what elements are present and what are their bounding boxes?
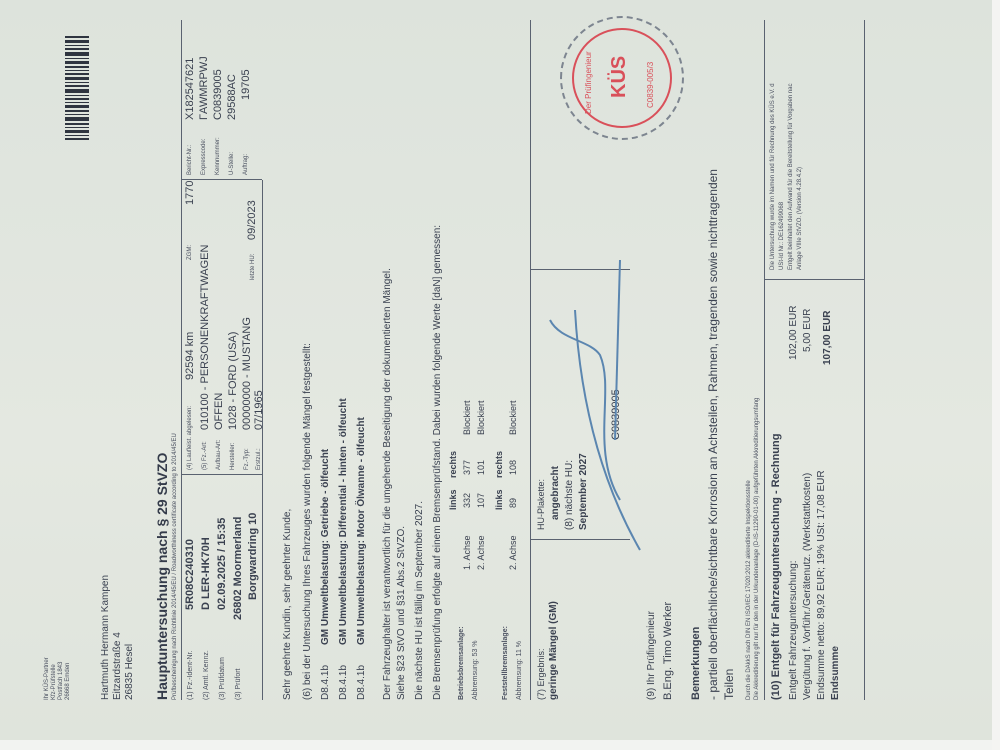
sender-line1: Ihr KÜS-Partner bbox=[44, 657, 50, 700]
stamp-text-bottom: C0839-005/3 bbox=[646, 62, 655, 108]
aufbau-value: OFFEN bbox=[213, 393, 225, 430]
pruefort-label: (3) Prüfort bbox=[235, 668, 242, 700]
service-brake-label: Betriebsbremsanlage: bbox=[458, 626, 465, 700]
auftrag-value: 19705 bbox=[240, 69, 252, 100]
result-label: (7) Ergebnis: bbox=[536, 648, 546, 700]
defect-text: GM Umweltbelastung: Differential - hinte… bbox=[338, 398, 349, 645]
zgm-value: 1770 bbox=[184, 181, 196, 205]
sender-line4: 26668 Emden bbox=[65, 663, 71, 700]
defect-text: GM Umweltbelastung: Motor Ölwanne - ölfe… bbox=[356, 417, 367, 645]
inspector-name: B.Eng. Timo Werker bbox=[662, 602, 674, 700]
signature bbox=[520, 240, 660, 560]
invoice-note1: Die Untersuchung wurde im Namen und für … bbox=[770, 83, 776, 270]
fz-ident-value: 5R08C240310 bbox=[184, 539, 196, 610]
brake-left: 332 bbox=[462, 493, 472, 508]
invoice-total-value: 107,00 EUR bbox=[822, 311, 833, 365]
brake-axle: 2. Achse bbox=[508, 535, 518, 570]
pruefort-value2: Borgwardring 10 bbox=[247, 513, 259, 600]
recipient-city: 26835 Hesel bbox=[124, 644, 135, 700]
invoice-row1-label: Entgelt Fahrzeuguntersuchung: bbox=[788, 560, 799, 700]
accreditation-2: Die Akkreditierung gilt nur für den in d… bbox=[754, 398, 760, 700]
fzart-label: (5) Fz.-Art: bbox=[202, 441, 208, 470]
kenn-value: C0839005 bbox=[212, 69, 224, 120]
col-right: rechts bbox=[448, 451, 458, 478]
invoice-note4: Anlage VIIIe StVZO. (Version 4.28.4.2) bbox=[797, 167, 803, 270]
brake-right: 377 bbox=[462, 460, 472, 475]
recipient-name: Hartmuth Hermann Kampen bbox=[100, 575, 111, 700]
sender-line2: Kfz-Prüfstelle bbox=[51, 664, 57, 700]
col-left: links bbox=[448, 489, 458, 510]
defect-code: D8.4.1b bbox=[338, 665, 349, 700]
result-value: geringe Mängel (GM) bbox=[548, 601, 559, 700]
hersteller-value: 1028 - FORD (USA) bbox=[227, 332, 239, 430]
bericht-value: X182547621 bbox=[184, 58, 196, 120]
page-title: Hauptuntersuchung nach § 29 StVZO bbox=[154, 453, 170, 700]
kus-stamp: KÜS Der Prüfingenieur C0839-005/3 bbox=[572, 28, 672, 128]
brake-left: 107 bbox=[476, 493, 486, 508]
invoice-note3: Entgelt beinhaltet den Aufwand für die B… bbox=[788, 84, 794, 270]
bericht-label: Bericht-Nr.: bbox=[187, 145, 193, 175]
kennz-label: (2) Amtl. Kennz. bbox=[203, 650, 210, 700]
divider bbox=[764, 279, 864, 280]
auftrag-label: Auftrag: bbox=[243, 154, 249, 175]
brake-left: 89 bbox=[508, 498, 518, 508]
express-label: Expresscode: bbox=[201, 139, 207, 175]
remarks-title: Bemerkungen bbox=[690, 627, 702, 700]
invoice-row2-value: 5,00 EUR bbox=[802, 309, 813, 352]
letzte-hu-value: 09/2023 bbox=[246, 200, 258, 240]
invoice-row1-value: 102,00 EUR bbox=[788, 306, 799, 360]
brake-right: 101 bbox=[476, 460, 486, 475]
erstzul-label: Erstzul.: bbox=[256, 448, 262, 470]
parking-brake-label: Feststellbremsanlage: bbox=[502, 626, 509, 700]
defect-text: GM Umweltbelastung: Getriebe - ölfeucht bbox=[320, 449, 331, 645]
invoice-row3-label: Endsumme netto: 89,92 EUR; 19% USt: 17,0… bbox=[816, 470, 827, 700]
responsibility-text: Der Fahrzeughalter ist verantwortlich fü… bbox=[382, 268, 393, 700]
background-right bbox=[992, 0, 1000, 750]
divider bbox=[262, 180, 263, 700]
invoice-total-label: Endsumme bbox=[830, 646, 841, 700]
remarks-line1: - partiell oberflächliche/sichtbare Korr… bbox=[706, 169, 720, 700]
brake-intro: Die Bremsenprüfung erfolgte auf einem Br… bbox=[432, 225, 443, 700]
fz-ident-label: (1) Fz.-Ident-Nr. bbox=[187, 651, 194, 700]
erstzul-value: 07/1965 bbox=[253, 390, 265, 430]
defect-code: D8.4.1b bbox=[356, 665, 367, 700]
kennz-value: D LER-HK70H bbox=[200, 537, 212, 610]
brake-axle: 1. Achse bbox=[462, 535, 472, 570]
express-value: ΓAWMRPWJ bbox=[198, 56, 210, 120]
stamp-text-top: Der Prüfingenieur bbox=[584, 51, 593, 114]
pruefdatum-label: (3) Prüfdatum bbox=[219, 657, 226, 700]
barcode bbox=[65, 36, 89, 140]
fztyp-label: Fz.-Typ: bbox=[244, 448, 250, 470]
brake-right: 108 bbox=[508, 460, 518, 475]
divider bbox=[181, 20, 182, 700]
parking-brake-decel: Abbremsung: 11 % bbox=[516, 641, 523, 700]
invoice-note2: USt-Id Nr.: DE162499068 bbox=[779, 202, 785, 270]
divider bbox=[764, 20, 765, 700]
zgm-label: ZGM: bbox=[187, 245, 193, 260]
brake-axle: 2. Achse bbox=[476, 535, 486, 570]
defects-intro: (6) bei der Untersuchung Ihres Fahrzeuge… bbox=[302, 343, 313, 700]
divider bbox=[181, 474, 262, 475]
invoice-row2-label: Vergütung f. Vorführ./Gerätenutz. (Werks… bbox=[802, 473, 813, 700]
recipient-street: Eitzardstraße 4 bbox=[112, 632, 123, 700]
fztyp-value: 00000000 - MUSTANG bbox=[241, 317, 253, 430]
responsibility-ref: Siehe §23 StVO und §31 Abs.2 StVZO. bbox=[396, 526, 407, 700]
ustelle-label: U-Stelle: bbox=[229, 152, 235, 175]
remarks-line2: Teilen bbox=[722, 669, 736, 700]
divider bbox=[864, 20, 865, 700]
accreditation-1: Durch die DAkkS nach DIN EN ISO/IEC 1702… bbox=[746, 480, 752, 700]
col-left: links bbox=[494, 489, 504, 510]
defect-code: D8.4.1b bbox=[320, 665, 331, 700]
hersteller-label: Hersteller: bbox=[230, 443, 236, 470]
pruefdatum-value: 02.09.2025 / 15:35 bbox=[216, 518, 228, 610]
brake-note: Blockiert bbox=[462, 400, 472, 435]
fzart-value: 010100 - PERSONENKRAFTWAGEN bbox=[199, 245, 211, 430]
letzte-hu-label: letzte HU: bbox=[250, 254, 256, 280]
laufleist-label: (4) Laufleist. abgelesen: bbox=[187, 406, 193, 470]
next-hu-text: Die nächste HU ist fällig im September 2… bbox=[414, 501, 425, 700]
invoice-title: (10) Entgelt für Fahrzeuguntersuchung - … bbox=[770, 434, 782, 700]
sender-line3: Postfach 1843 bbox=[58, 662, 64, 700]
stamp-brand: KÜS bbox=[608, 56, 631, 98]
ustelle-value: 29588AC bbox=[226, 74, 238, 120]
col-right: rechts bbox=[494, 451, 504, 478]
page-subtitle: Prüfbescheinigung nach Richtlinie 2014/4… bbox=[172, 433, 178, 700]
aufbau-label: Aufbau-Art: bbox=[216, 440, 222, 470]
laufleist-value: 92594 km bbox=[184, 332, 196, 380]
greeting: Sehr geehrte Kundin, sehr geehrter Kunde… bbox=[282, 509, 293, 700]
inspection-report-page: Ihr KÜS-Partner Kfz-Prüfstelle Postfach … bbox=[0, 0, 992, 740]
kenn-label: Kennnummer: bbox=[215, 137, 221, 175]
brake-note: Blockiert bbox=[476, 400, 486, 435]
brake-note: Blockiert bbox=[508, 400, 518, 435]
service-brake-decel: Abbremsung: 53 % bbox=[472, 640, 479, 700]
inspector-label: (9) Ihr Prüfingenieur bbox=[646, 611, 657, 700]
pruefort-value1: 26802 Moormerland bbox=[232, 517, 244, 620]
